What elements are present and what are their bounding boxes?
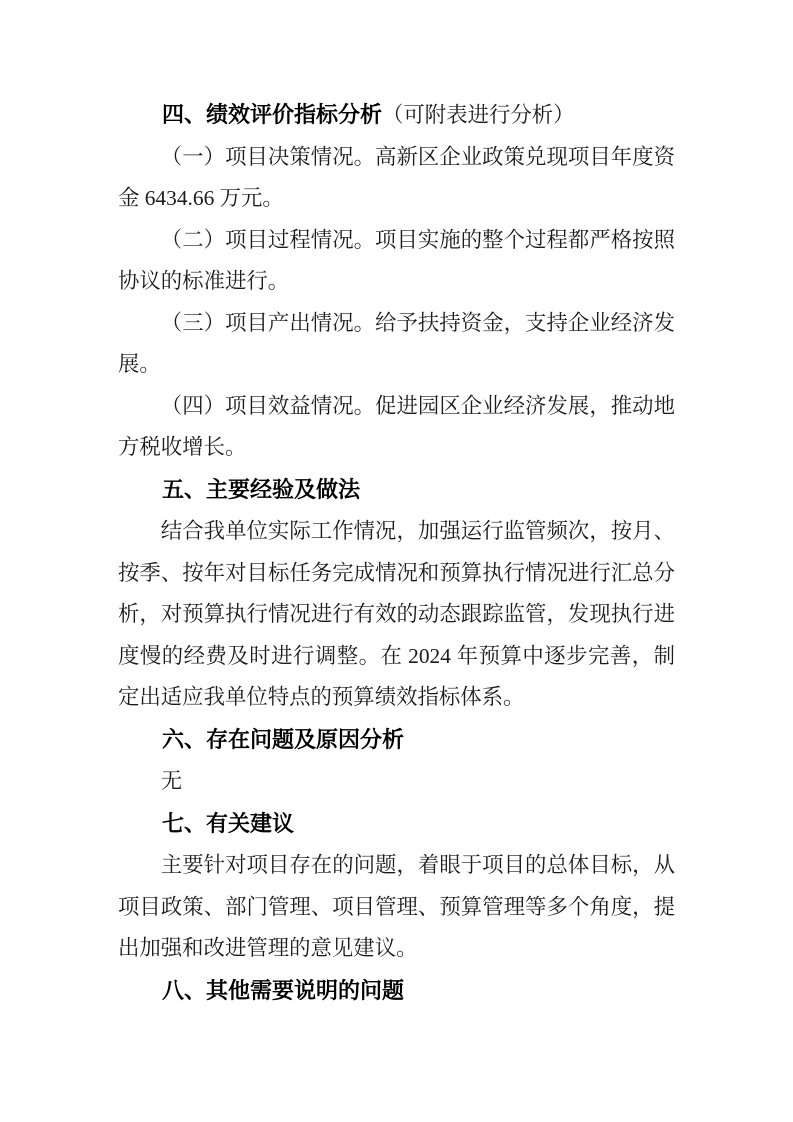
section-heading-bold-text: 五、主要经验及做法 xyxy=(162,477,360,502)
section-heading-bold-text: 七、有关建议 xyxy=(162,811,294,836)
document-body: 四、绩效评价指标分析（可附表进行分析） （一）项目决策情况。高新区企业政策兑现项… xyxy=(118,94,675,1012)
section-heading-main-experience: 五、主要经验及做法 xyxy=(118,469,675,512)
section-heading-suggestions: 七、有关建议 xyxy=(118,803,675,846)
section-heading-problems-and-causes: 六、存在问题及原因分析 xyxy=(118,719,675,762)
paragraph-none: 无 xyxy=(118,761,675,803)
paragraph-suggestions: 主要针对项目存在的问题，着眼于项目的总体目标，从项目政策、部门管理、项目管理、预… xyxy=(118,845,675,970)
section-heading-other-issues: 八、其他需要说明的问题 xyxy=(118,970,675,1013)
section-heading-parenthetical-text: （可附表进行分析） xyxy=(382,103,575,127)
section-heading-bold-text: 六、存在问题及原因分析 xyxy=(162,727,404,752)
section-heading-bold-text: 八、其他需要说明的问题 xyxy=(162,978,404,1003)
paragraph-project-decision: （一）项目决策情况。高新区企业政策兑现项目年度资金 6434.66 万元。 xyxy=(118,137,675,220)
paragraph-project-output: （三）项目产出情况。给予扶持资金，支持企业经济发展。 xyxy=(118,303,675,386)
section-heading-performance-indicator-analysis: 四、绩效评价指标分析（可附表进行分析） xyxy=(118,94,675,137)
document-page: 四、绩效评价指标分析（可附表进行分析） （一）项目决策情况。高新区企业政策兑现项… xyxy=(0,0,793,1122)
paragraph-project-benefit: （四）项目效益情况。促进园区企业经济发展，推动地方税收增长。 xyxy=(118,386,675,469)
paragraph-main-experience: 结合我单位实际工作情况，加强运行监管频次，按月、按季、按年对目标任务完成情况和预… xyxy=(118,511,675,719)
section-heading-bold-text: 四、绩效评价指标分析 xyxy=(162,102,382,127)
paragraph-project-process: （二）项目过程情况。项目实施的整个过程都严格按照协议的标准进行。 xyxy=(118,220,675,303)
